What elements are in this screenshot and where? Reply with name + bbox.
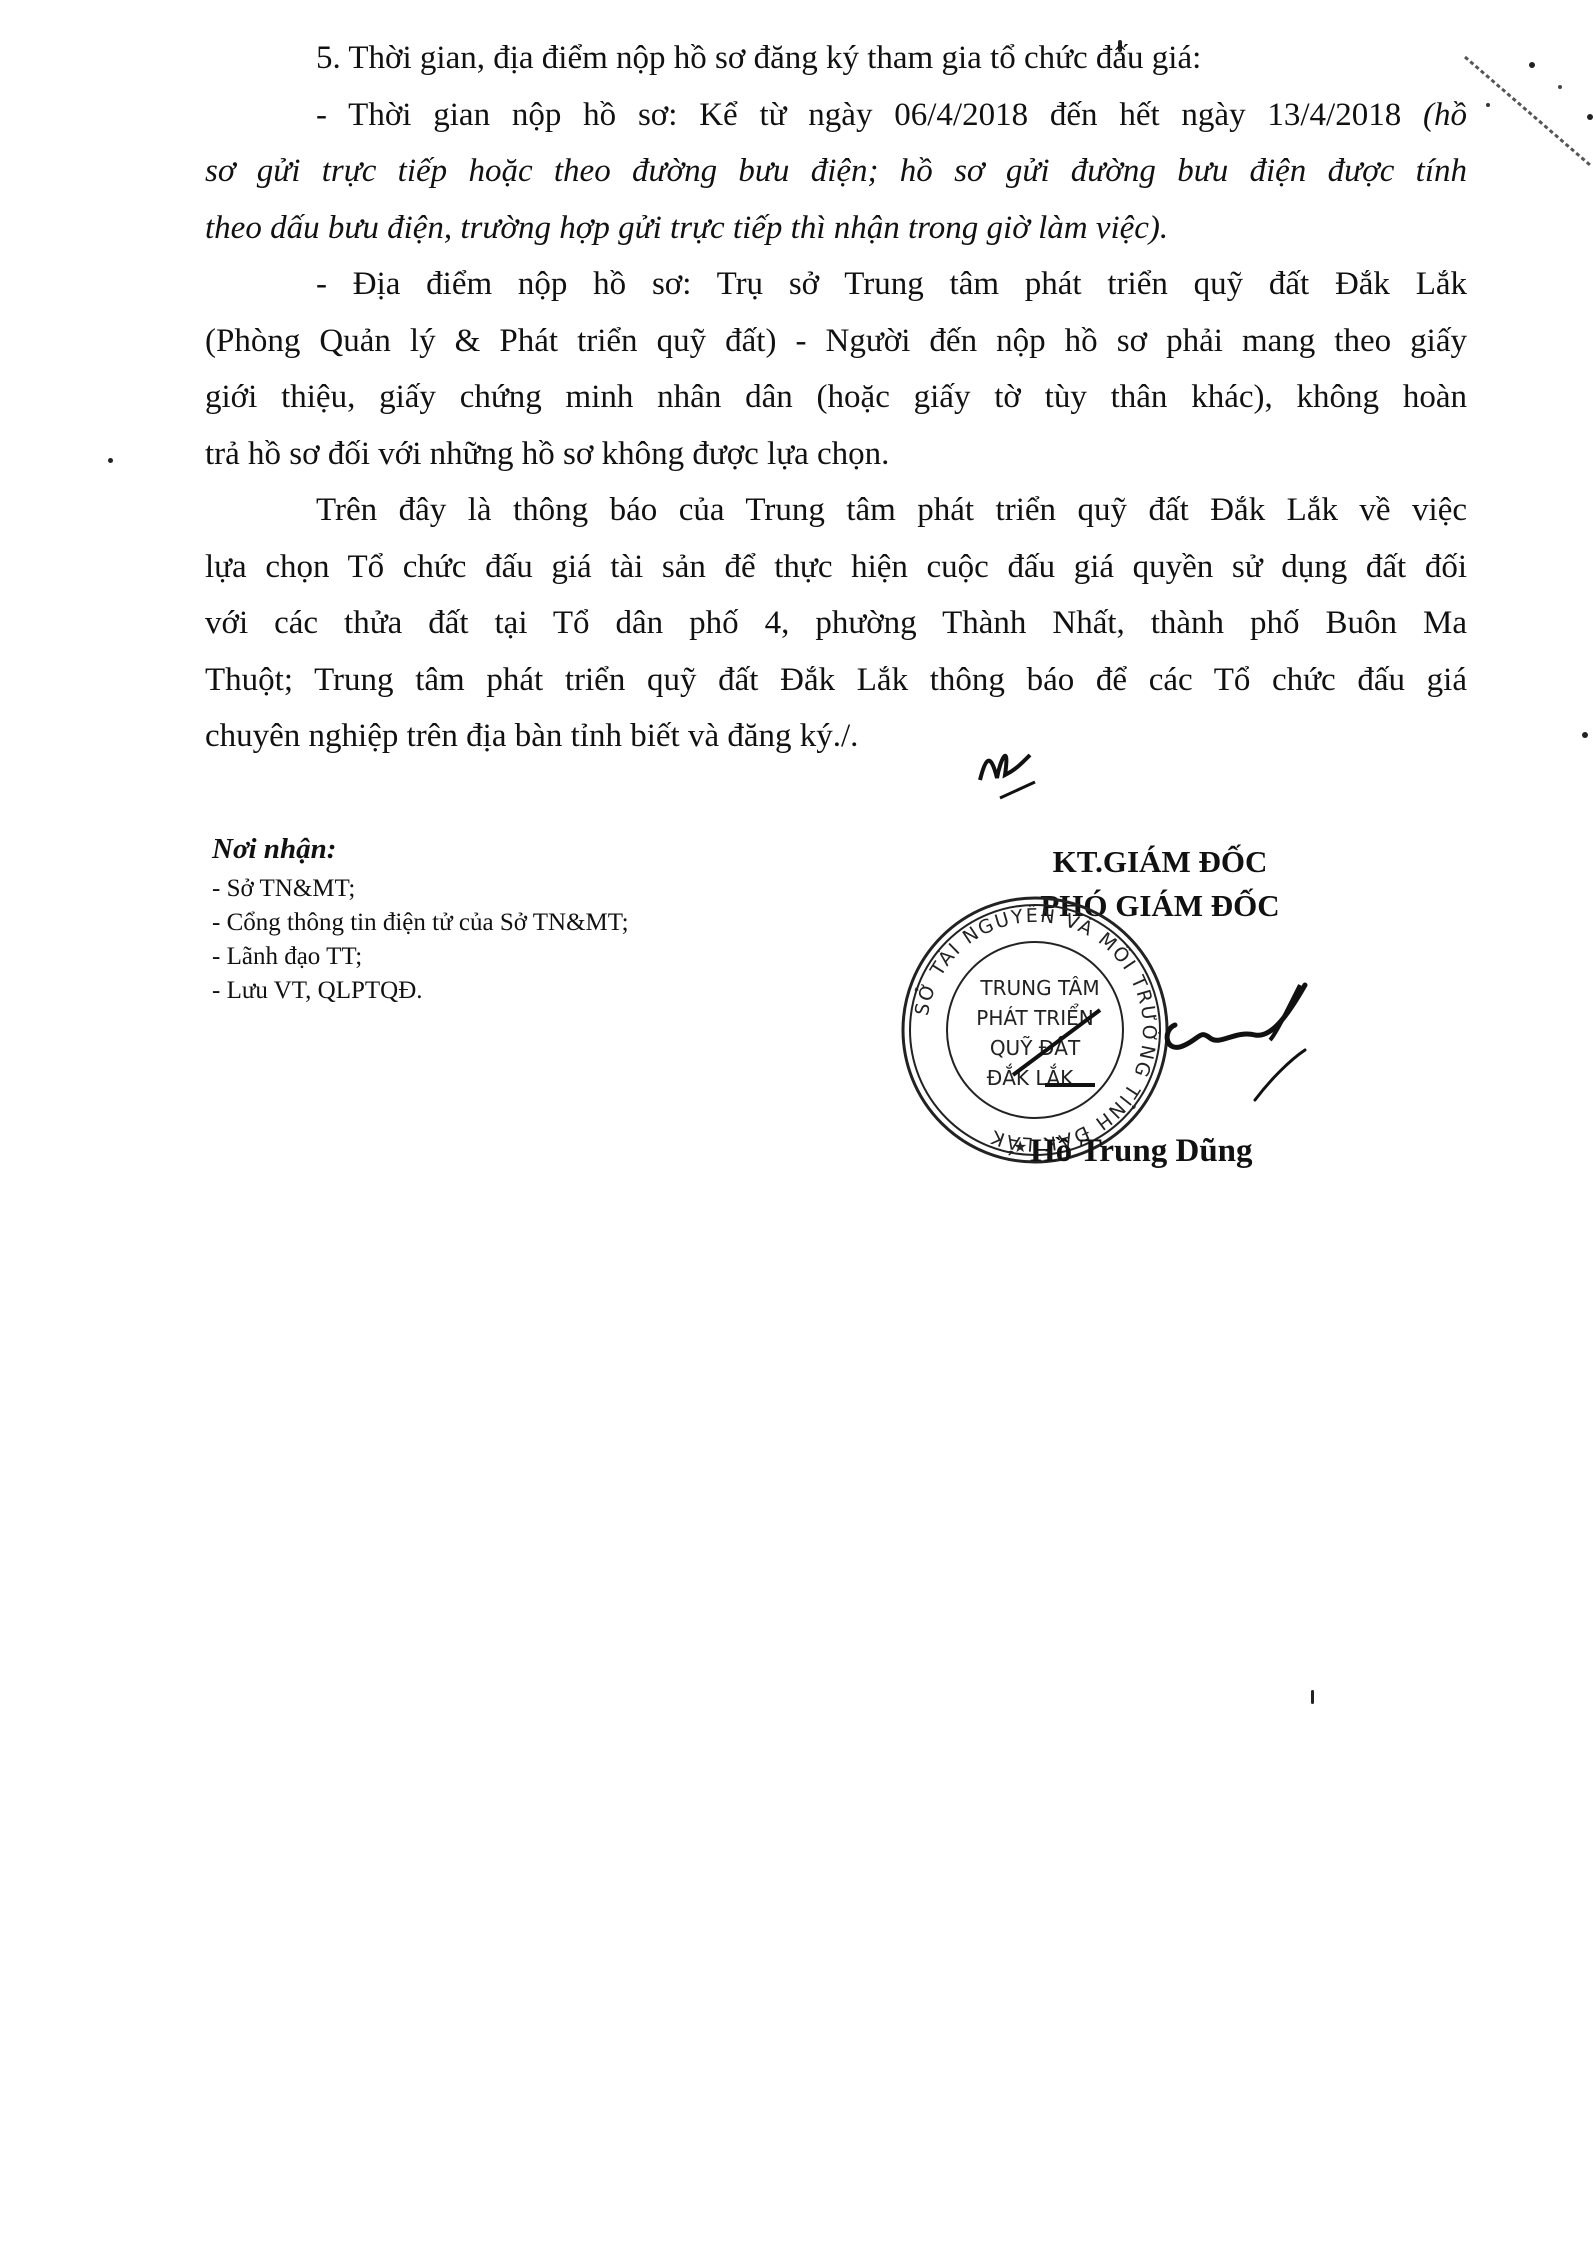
svg-text:TRUNG TÂM: TRUNG TÂM: [979, 976, 1099, 1000]
scan-speck: [108, 458, 113, 463]
submission-time-line: - Thời gian nộp hồ sơ: Kể từ ngày 06/4/2…: [205, 87, 1467, 144]
recipient-item: - Lưu VT, QLPTQĐ.: [212, 974, 629, 1008]
svg-text:★: ★: [1013, 1139, 1027, 1156]
closing-paragraph-line: lựa chọn Tổ chức đấu giá tài sản để thực…: [205, 539, 1467, 596]
closing-paragraph-line: chuyên nghiệp trên địa bàn tỉnh biết và …: [205, 708, 1467, 765]
submission-time-note-end: theo dấu bưu điện, trường hợp gửi trực t…: [205, 200, 1467, 257]
recipient-item: - Sở TN&MT;: [212, 872, 629, 906]
submission-place-line: (Phòng Quản lý & Phát triển quỹ đất) - N…: [205, 313, 1467, 370]
scan-speck: [1311, 1690, 1314, 1704]
signer-name: Hồ Trung Dũng: [1030, 1133, 1253, 1170]
initial-mark-icon: [975, 730, 1065, 800]
official-stamp-icon: SỞ TÀI NGUYÊN VÀ MÔI TRƯỜNG TỈNH ĐẮK LẮK…: [895, 890, 1175, 1170]
closing-paragraph-line: Trên đây là thông báo của Trung tâm phát…: [205, 482, 1467, 539]
section-5: 5. Thời gian, địa điểm nộp hồ sơ đăng ký…: [205, 30, 1467, 765]
submission-time-note-start: (hồ: [1423, 97, 1467, 133]
submission-time-text: - Thời gian nộp hồ sơ: Kể từ ngày 06/4/2…: [316, 97, 1423, 133]
document-page: 5. Thời gian, địa điểm nộp hồ sơ đăng ký…: [0, 0, 1596, 2268]
scan-speck: [1582, 732, 1588, 738]
section-5-heading: 5. Thời gian, địa điểm nộp hồ sơ đăng ký…: [205, 30, 1467, 87]
recipients-block: Nơi nhận: - Sở TN&MT; - Cổng thông tin đ…: [212, 832, 629, 1008]
recipients-title: Nơi nhận:: [212, 832, 629, 866]
handwritten-signature-icon: [1160, 980, 1320, 1130]
closing-paragraph-line: với các thửa đất tại Tổ dân phố 4, phườn…: [205, 595, 1467, 652]
submission-time-note: sơ gửi trực tiếp hoặc theo đường bưu điệ…: [205, 143, 1467, 200]
recipient-item: - Lãnh đạo TT;: [212, 940, 629, 974]
submission-place-line: trả hồ sơ đối với những hồ sơ không được…: [205, 426, 1467, 483]
closing-paragraph-line: Thuột; Trung tâm phát triển quỹ đất Đắk …: [205, 652, 1467, 709]
recipient-item: - Cổng thông tin điện tử của Sở TN&MT;: [212, 906, 629, 940]
submission-place-line: giới thiệu, giấy chứng minh nhân dân (ho…: [205, 369, 1467, 426]
submission-place-line: - Địa điểm nộp hồ sơ: Trụ sở Trung tâm p…: [205, 256, 1467, 313]
signature-title: KT.GIÁM ĐỐC: [1010, 840, 1310, 884]
